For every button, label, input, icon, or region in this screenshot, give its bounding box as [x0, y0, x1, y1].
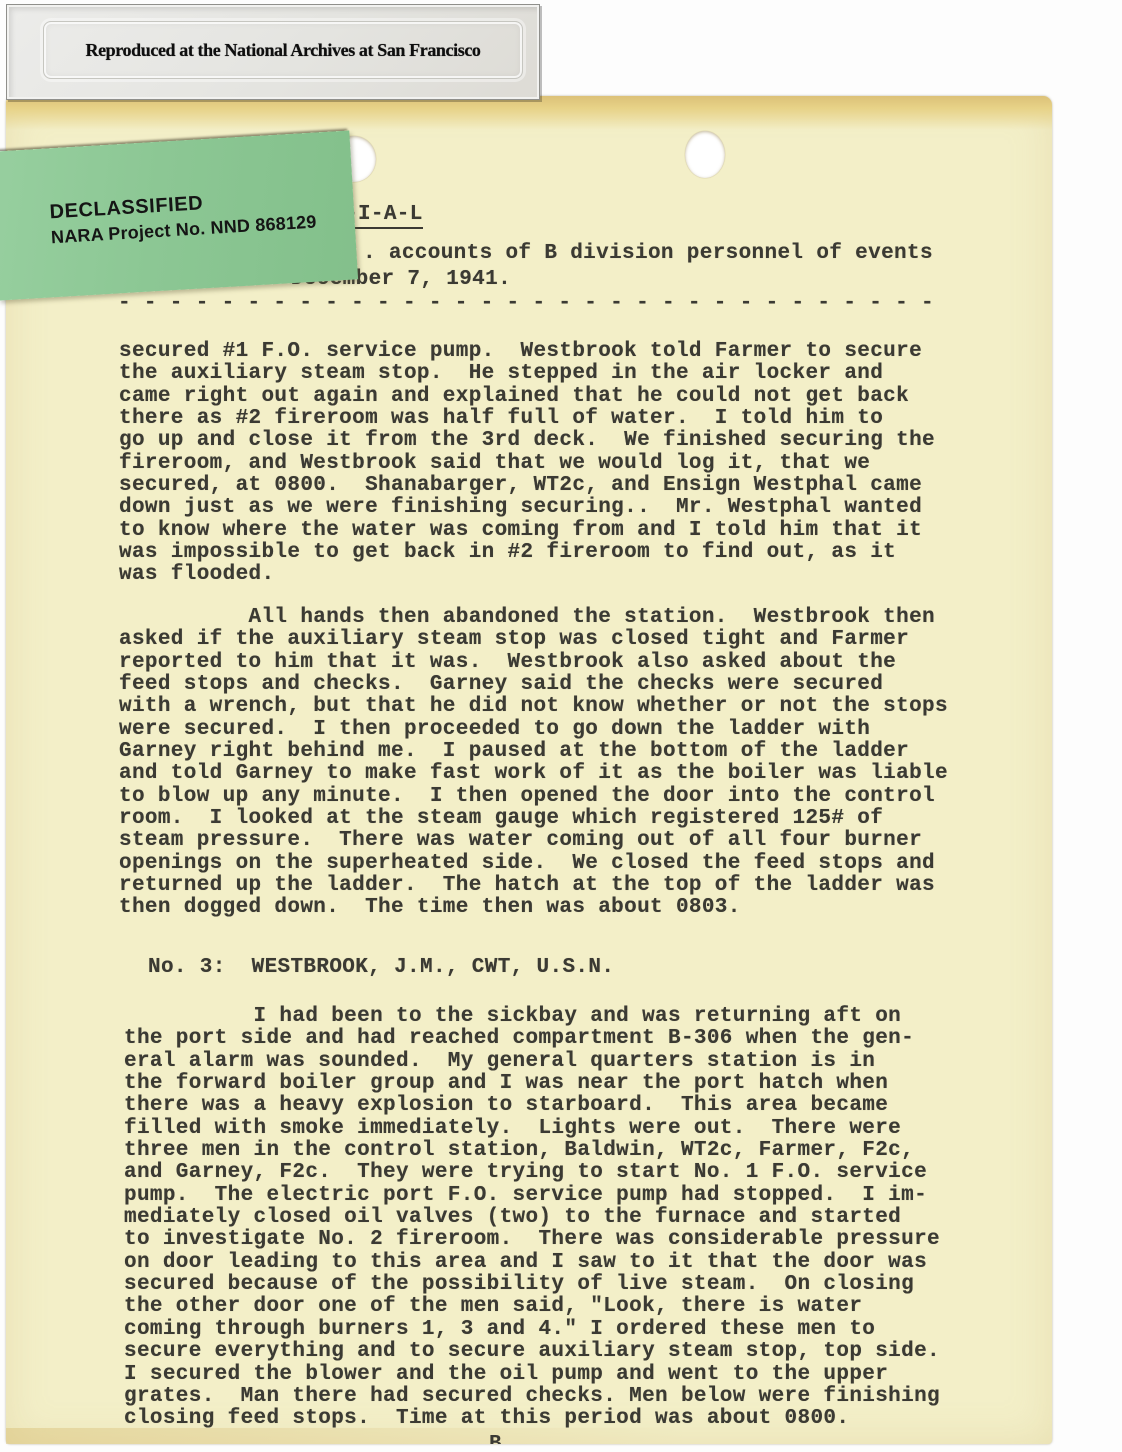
declassified-sticker: DECLASSIFIED NARA Project No. NND 868129	[0, 130, 358, 300]
punch-hole-right	[685, 131, 725, 178]
subject-line-1: . accounts of B division personnel of ev…	[363, 243, 933, 265]
declassified-sticker-text: DECLASSIFIED NARA Project No. NND 868129	[49, 185, 317, 251]
archive-reproduction-label: Reproduced at the National Archives at S…	[6, 4, 540, 100]
archive-label-text: Reproduced at the National Archives at S…	[85, 40, 480, 61]
paragraph-3: I had been to the sickbay and was return…	[124, 1006, 940, 1431]
archive-label-frame: Reproduced at the National Archives at S…	[43, 21, 523, 79]
dashed-separator: - - - - - - - - - - - - - - - - - - - - …	[118, 293, 934, 315]
scanned-page: Reproduced at the National Archives at S…	[0, 0, 1122, 1452]
paragraph-2: All hands then abandoned the station. We…	[119, 607, 948, 920]
document-paper: -I-A-L . accounts of B division personne…	[6, 96, 1052, 1444]
page-footer-clip: B	[6, 1433, 1052, 1444]
classification-fragment: -I-A-L	[345, 204, 423, 229]
statement-heading: No. 3: WESTBROOK, J.M., CWT, U.S.N.	[148, 957, 614, 979]
paragraph-1: secured #1 F.O. service pump. Westbrook …	[119, 341, 935, 587]
footer-fragment: B	[489, 1433, 502, 1444]
